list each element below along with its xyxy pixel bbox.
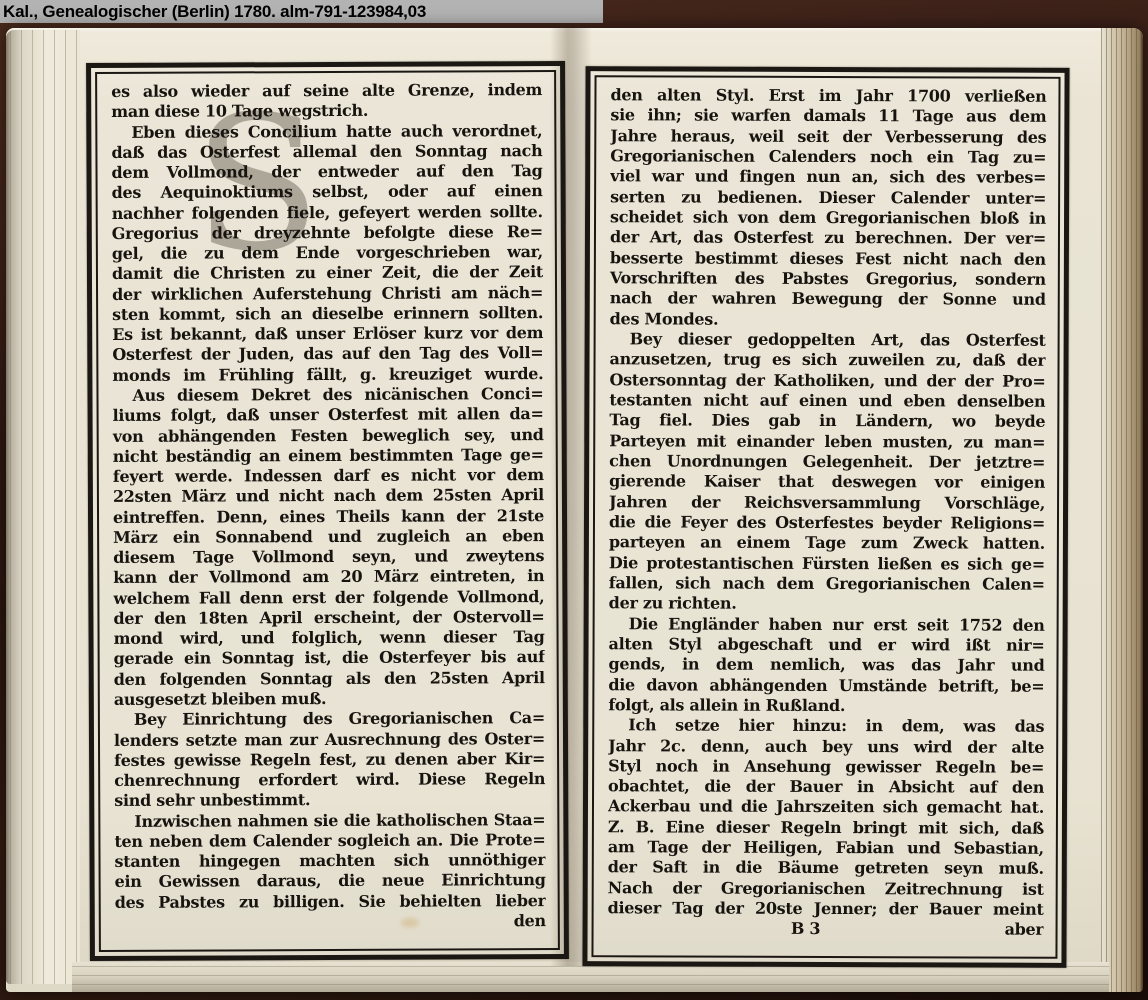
text-line: daß das Osterfest allemal den Sonntag na… xyxy=(111,141,542,163)
text-line: gierende Kaiser that deswegen vor einige… xyxy=(609,471,1045,493)
right-page-frame: den alten Styl. Erst im Jahr 1700 verlie… xyxy=(582,66,1069,968)
text-line: ausgesetzt bleiben muß. xyxy=(114,688,545,710)
text-line: eintreffen. Denn, eines Theils kann der … xyxy=(113,506,544,528)
text-line: Nach der Gregorianischen Zeitrechnung is… xyxy=(608,878,1044,900)
text-line: Aus diesem Dekret des nicänischen Conci= xyxy=(112,384,543,406)
text-line: gel, die zu dem Ende vorgeschrieben war, xyxy=(112,242,543,264)
text-line: es also wieder auf seine alte Grenze, in… xyxy=(111,80,542,102)
text-line: fallen, sich nach dem Gregorianischen Ca… xyxy=(609,573,1045,595)
open-book: S es also wieder auf seine alte Grenze, … xyxy=(6,28,1143,992)
text-line: parteyen an einem Tage zum Zweck hatten. xyxy=(609,532,1045,554)
text-line: die die Feyer des Osterfestes beyder Rel… xyxy=(609,512,1045,534)
text-line: mond wird, und folglich, wenn dieser Tag xyxy=(114,627,545,649)
text-line: anzusetzen, trug es sich zuweilen zu, da… xyxy=(610,350,1046,372)
left-page-edges xyxy=(6,30,80,984)
text-line: Die Engländer haben nur erst seit 1752 d… xyxy=(609,614,1045,636)
left-text-column: es also wieder auf seine alte Grenze, in… xyxy=(111,80,546,944)
text-line: scheidet sich von dem Gregorianischen bl… xyxy=(610,207,1046,229)
text-line: sten kommt, sich an dieselbe erinnern so… xyxy=(112,303,543,325)
text-line: dieser Tag der 20ste Jenner; der Bauer m… xyxy=(608,898,1044,920)
text-line: nach der wahren Bewegung der Sonne und xyxy=(610,289,1046,311)
text-line: der wirklichen Auferstehung Christi am n… xyxy=(112,283,543,305)
text-line: liums folgt, daß unser Osterfest mit all… xyxy=(113,404,544,426)
gathering-signature: B 3 xyxy=(608,919,1004,941)
left-page-frame: S es also wieder auf seine alte Grenze, … xyxy=(86,61,569,961)
text-line: die davon abhängenden Umstände betrift, … xyxy=(608,675,1044,697)
text-line: kann der Vollmond am 20 März eintreten, … xyxy=(113,566,544,588)
text-line: von abhängenden Festen beweglich sey, un… xyxy=(113,425,544,447)
text-line: Tag fiel. Dies gab in Ländern, wo beyde xyxy=(609,410,1045,432)
text-line: chenrechnung erfordert wird. Diese Regel… xyxy=(114,769,545,791)
text-line: dem Vollmond, der entweder auf den Tag xyxy=(111,161,542,183)
text-line: viel war und fingen nun an, sich des ver… xyxy=(610,167,1046,189)
text-line: gends, in dem nemlich, was das Jahr und xyxy=(608,654,1044,676)
text-line: Ostersonntag der Katholiken, und der der… xyxy=(609,370,1045,392)
text-line: des Aequinoktiums selbst, oder auf einen xyxy=(112,181,543,203)
text-line: lenders setzte man zur Ausrechnung des O… xyxy=(114,729,545,751)
text-line: alten Styl abgeschaft und er wird ißt ni… xyxy=(609,634,1045,656)
left-page-text-area: S es also wieder auf seine alte Grenze, … xyxy=(95,70,560,952)
text-line: Ackerbau und die Jahrszeiten sich gemach… xyxy=(608,797,1044,819)
text-line: Parteyen mit einander leben musten, zu m… xyxy=(609,431,1045,453)
text-line: Jahren der Reichsversammlung Vorschläge, xyxy=(609,492,1045,514)
text-line: der Saft in die Bäume getreten seyn muß. xyxy=(608,858,1044,880)
document-title: Kal., Genealogischer (Berlin) 1780. alm-… xyxy=(3,2,426,21)
text-line: der den 18ten April erscheint, der Oster… xyxy=(113,607,544,629)
text-line: den alten Styl. Erst im Jahr 1700 verlie… xyxy=(610,85,1046,107)
text-line: Bey dieser gedoppelten Art, das Osterfes… xyxy=(610,329,1046,351)
text-line: testanten nicht auf einen und eben dense… xyxy=(609,390,1045,412)
text-line: Z. B. Eine dieser Regeln bringt mit sich… xyxy=(608,817,1044,839)
text-line: damit die Christen zu einer Zeit, die de… xyxy=(112,262,543,284)
text-line: der Art, das Osterfest zu berechnen. Der… xyxy=(610,228,1046,250)
text-line: festes gewisse Regeln fest, zu denen abe… xyxy=(114,749,545,771)
text-line: serten zu bedienen. Dieser Calender unte… xyxy=(610,187,1046,209)
text-line: sind sehr unbestimmt. xyxy=(114,789,545,811)
text-line: der zu richten. xyxy=(609,593,1045,615)
text-line: ein Gewissen daraus, die neue Einrichtun… xyxy=(115,870,546,892)
text-line: Inzwischen nahmen sie die katholischen S… xyxy=(114,810,545,832)
text-line: Gregorius der dreyzehnte befolgte diese … xyxy=(112,222,543,244)
text-line: nicht beständig an einem bestimmten Tage… xyxy=(113,445,544,467)
text-line: feyert werde. Indessen darf es nicht vor… xyxy=(113,465,544,487)
text-line: ten neben dem Calender sogleich an. Die … xyxy=(114,830,545,852)
text-line: am Tage der Heiligen, Fabian und Sebasti… xyxy=(608,837,1044,859)
text-line: monds im Frühling fällt, g. kreuziget wu… xyxy=(112,364,543,386)
text-line: besserte bestimmt dieses Fest nicht nach… xyxy=(610,248,1046,270)
text-line: Styl noch in Ansehung gewisser Regeln be… xyxy=(608,756,1044,778)
text-line: Jahre heraus, weil seit der Verbesserung… xyxy=(610,126,1046,148)
text-line: gerade ein Sonntag ist, die Osterfeyer b… xyxy=(114,647,545,669)
text-line: obachtet, die der Bauer in Absicht auf d… xyxy=(608,776,1044,798)
text-line: Ich setze hier hinzu: in dem, was das xyxy=(608,715,1044,737)
text-line: Osterfest der Juden, das auf den Tag des… xyxy=(112,344,543,366)
text-line: Eben dieses Concilium hatte auch verordn… xyxy=(111,121,542,143)
text-line: nachher folgenden fiele, gefeyert werden… xyxy=(112,202,543,224)
text-line: März ein Sonnabend und zugleich an eben xyxy=(113,526,544,548)
right-page-edges xyxy=(1101,28,1143,992)
text-line: des Pabstes zu billigen. Sie behielten l… xyxy=(115,891,546,913)
text-line: Die protestantischen Fürsten ließen es s… xyxy=(609,553,1045,575)
book-scan-viewer: Kal., Genealogischer (Berlin) 1780. alm-… xyxy=(0,0,1148,1000)
text-line: Es ist bekannt, daß unser Erlöser kurz v… xyxy=(112,323,543,345)
text-line: Bey Einrichtung des Gregorianischen Ca= xyxy=(114,708,545,730)
text-line: chen Unordnungen Gelegenheit. Der jetztr… xyxy=(609,451,1045,473)
text-line: den folgenden Sonntag als den 25sten Apr… xyxy=(114,668,545,690)
catchword: den xyxy=(115,911,546,933)
text-line: Gregorianischen Calenders noch ein Tag z… xyxy=(610,146,1046,168)
text-line: welchem Fall denn erst der folgende Voll… xyxy=(113,587,544,609)
text-line: Vorschriften des Pabstes Gregorius, sond… xyxy=(610,268,1046,290)
text-line: des Mondes. xyxy=(610,309,1046,331)
text-line: folgt, als allein in Rußland. xyxy=(608,695,1044,717)
header-bar: Kal., Genealogischer (Berlin) 1780. alm-… xyxy=(0,0,603,23)
text-line: 22sten März und nicht nach dem 25sten Ap… xyxy=(113,485,544,507)
right-text-column: den alten Styl. Erst im Jahr 1700 verlie… xyxy=(607,85,1046,951)
signature-line: B 3aber xyxy=(608,919,1044,941)
text-line: stanten hingegen machten sich unnöthiger… xyxy=(114,850,545,872)
text-line: diesem Tage Vollmond seyn, und zweytens xyxy=(113,546,544,568)
catchword: aber xyxy=(1005,920,1044,940)
text-line: man diese 10 Tage wegstrich. xyxy=(111,100,542,122)
text-line: Jahr 2c. denn, auch bey uns wird der alt… xyxy=(608,736,1044,758)
text-line: sie ihn; sie warfen damals 11 Tage aus d… xyxy=(610,106,1046,128)
right-page-text-area: den alten Styl. Erst im Jahr 1700 verlie… xyxy=(591,75,1060,959)
